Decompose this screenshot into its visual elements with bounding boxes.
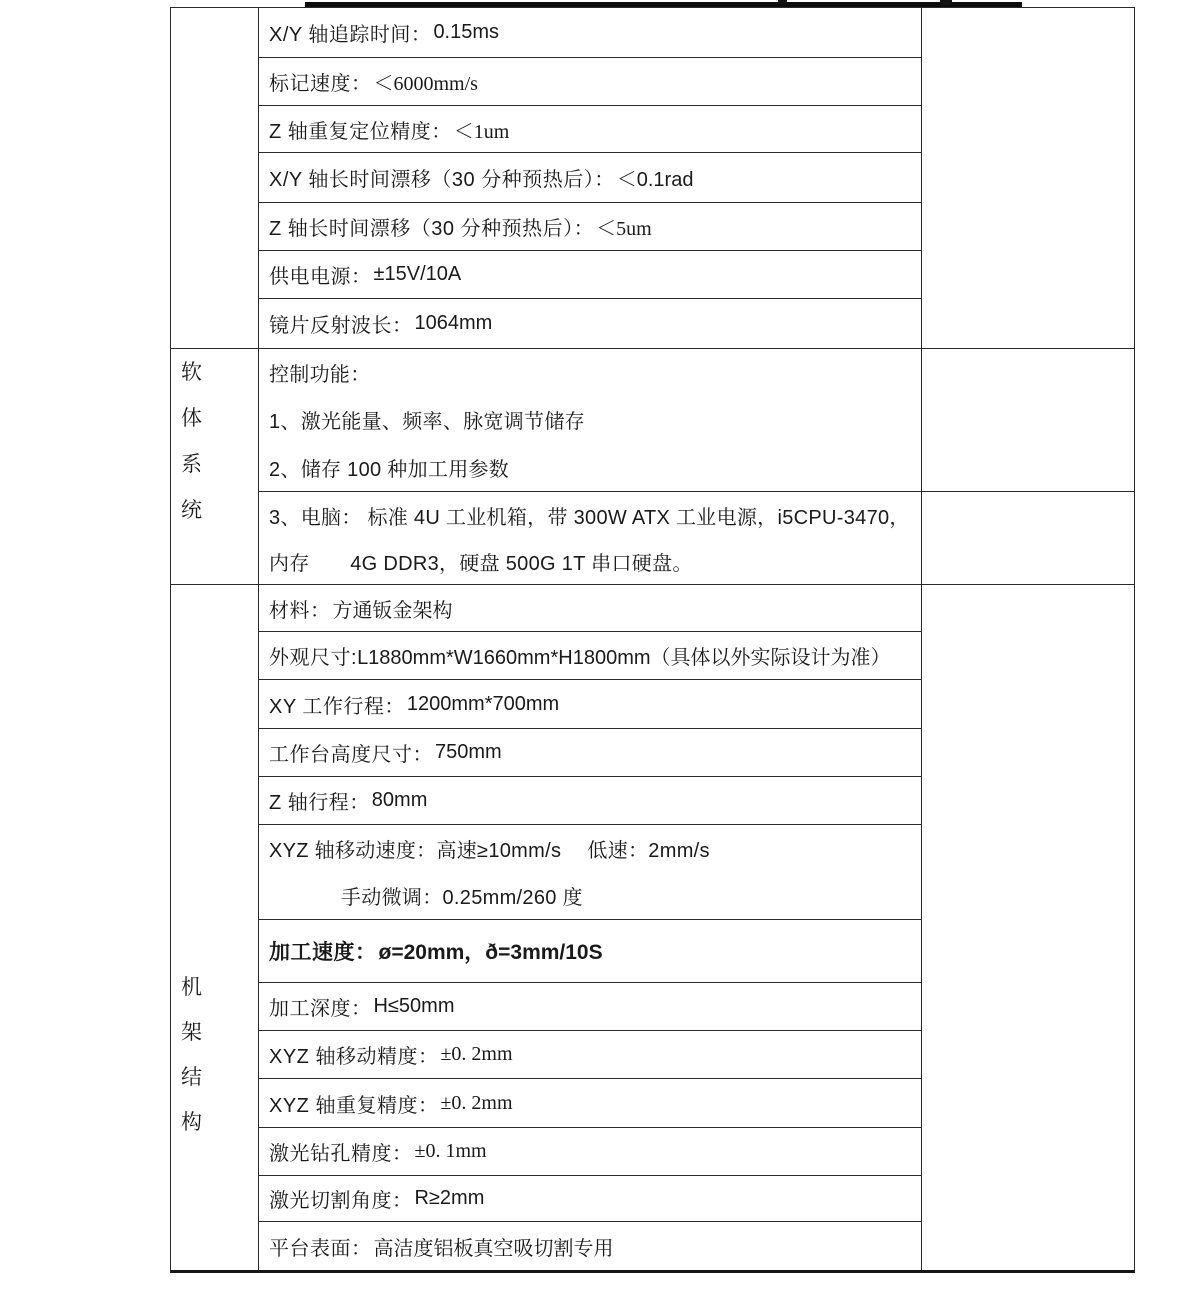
table-row: 工作台高度尺寸： 750mm: [259, 729, 921, 777]
table-row: XY 工作行程： 1200mm*700mm: [259, 680, 921, 729]
table-row: Z 轴长时间漂移（30 分种预热后）： ＜5um: [259, 203, 921, 251]
table-row: 材料： 方通钣金架构: [259, 585, 921, 632]
spec-value: H≤50mm: [374, 995, 455, 1018]
spec-value: 方通钣金架构: [333, 594, 453, 623]
spec-label: Z 轴行程：: [269, 786, 370, 815]
label-char: 软: [181, 350, 258, 396]
section-optics-specs: X/Y 轴追踪时间： 0.15ms 标记速度： ＜6000mm/s Z 轴重复定…: [171, 8, 1134, 348]
spec-label: 加工速度：: [269, 936, 377, 966]
table-row: X/Y 轴追踪时间： 0.15ms: [259, 8, 921, 58]
spec-value: 80mm: [372, 789, 428, 812]
notes-cell-empty: [922, 349, 1134, 492]
notes-cell-empty: [922, 585, 1134, 1270]
section-label-software: 软 体 系 统: [171, 349, 259, 584]
section-frame-structure: 机 架 结 构 材料： 方通钣金架构 外观尺寸: L1880mm*W1660mm…: [171, 584, 1134, 1270]
notes-cell-empty: [922, 492, 1134, 584]
spec-label: 平台表面：: [269, 1232, 372, 1261]
section-label-cell-empty: [171, 8, 259, 348]
spec-value: ø=20mm，ð=3mm/10S: [379, 936, 603, 966]
spec-value: 750mm: [435, 741, 502, 764]
cell-line: 控制功能：: [259, 358, 921, 387]
table-row: X/Y 轴长时间漂移（30 分种预热后）： ＜0.1rad: [259, 153, 921, 203]
spec-label: XYZ 轴移动精度：: [269, 1040, 438, 1069]
spec-label: Z 轴长时间漂移（30 分种预热后）：: [269, 212, 594, 241]
spec-label: 材料：: [269, 594, 331, 623]
cell-line: 1、激光能量、频率、脉宽调节储存: [259, 405, 921, 434]
cropped-text-fragment: [778, 0, 787, 4]
label-char: 结: [181, 1055, 258, 1100]
spec-value: 1200mm*700mm: [407, 693, 559, 716]
table-row: 供电电源： ±15V/10A: [259, 251, 921, 299]
section-software-system: 软 体 系 统 控制功能： 1、激光能量、频率、脉宽调节储存 2、储存 100 …: [171, 348, 1134, 584]
cropped-text-fragment: [940, 0, 952, 5]
specification-table: X/Y 轴追踪时间： 0.15ms 标记速度： ＜6000mm/s Z 轴重复定…: [170, 7, 1135, 1273]
cell-line: 手动微调：0.25mm/260 度: [259, 881, 921, 910]
table-row: 激光钻孔精度： ±0. 1mm: [259, 1128, 921, 1176]
spec-label: 外观尺寸:: [269, 641, 357, 670]
spec-value: ±0. 2mm: [440, 1092, 512, 1115]
spec-label: X/Y 轴长时间漂移（30 分种预热后）：: [269, 163, 615, 192]
spec-label: XY 工作行程：: [269, 690, 405, 719]
spec-value: 高洁度铝板真空吸切割专用: [374, 1232, 614, 1261]
label-char: 统: [181, 488, 258, 534]
table-row: XYZ 轴移动精度： ±0. 2mm: [259, 1031, 921, 1079]
table-row: Z 轴重复定位精度： ＜1um: [259, 106, 921, 153]
spec-label: 激光钻孔精度：: [269, 1137, 413, 1166]
cell-line: XYZ 轴移动速度：高速≥10mm/s 低速：2mm/s: [259, 834, 921, 863]
spec-label: Z 轴重复定位精度：: [269, 115, 452, 144]
table-row: Z 轴行程： 80mm: [259, 777, 921, 825]
spec-label: 供电电源：: [269, 260, 372, 289]
table-row: 标记速度： ＜6000mm/s: [259, 58, 921, 106]
section-label-frame: 机 架 结 构: [171, 585, 259, 1270]
table-row: 激光切割角度： R≥2mm: [259, 1176, 921, 1222]
cell-line: 3、电脑： 标准 4U 工业机箱，带 300W ATX 工业电源，i5CPU-3…: [259, 501, 921, 530]
spec-value: 0.15ms: [433, 21, 499, 44]
table-row: XYZ 轴重复精度： ±0. 2mm: [259, 1079, 921, 1128]
spec-label: XYZ 轴重复精度：: [269, 1089, 438, 1118]
spec-rows: 材料： 方通钣金架构 外观尺寸: L1880mm*W1660mm*H1800mm…: [259, 585, 922, 1270]
spec-value: ＜0.1rad: [617, 163, 694, 192]
label-char: 体: [181, 396, 258, 442]
label-char: 架: [181, 1010, 258, 1055]
table-row: 外观尺寸: L1880mm*W1660mm*H1800mm（具体以外实际设计为准…: [259, 632, 921, 680]
notes-cells: [922, 349, 1134, 584]
spec-label: 工作台高度尺寸：: [269, 738, 433, 767]
xyz-speed-cell: XYZ 轴移动速度：高速≥10mm/s 低速：2mm/s 手动微调：0.25mm…: [259, 825, 921, 920]
label-char: 机: [181, 965, 258, 1010]
cell-line: 内存 4G DDR3，硬盘 500G 1T 串口硬盘。: [259, 547, 921, 576]
computer-spec-cell: 3、电脑： 标准 4U 工业机箱，带 300W ATX 工业电源，i5CPU-3…: [259, 492, 921, 584]
spec-value: ±15V/10A: [374, 263, 462, 286]
cell-line: 2、储存 100 种加工用参数: [259, 453, 921, 482]
document-page: X/Y 轴追踪时间： 0.15ms 标记速度： ＜6000mm/s Z 轴重复定…: [0, 0, 1200, 1291]
vertical-label: 软 体 系 统: [171, 349, 258, 534]
spec-value: ＜1um: [454, 115, 510, 144]
spec-value: ＜5um: [596, 212, 652, 241]
spec-label: 激光切割角度：: [269, 1184, 413, 1213]
spec-value: 1064mm: [415, 312, 493, 335]
label-char: 构: [181, 1100, 258, 1145]
table-row: 镜片反射波长： 1064mm: [259, 299, 921, 348]
spec-label: X/Y 轴追踪时间：: [269, 18, 431, 47]
control-functions-cell: 控制功能： 1、激光能量、频率、脉宽调节储存 2、储存 100 种加工用参数: [259, 349, 921, 492]
spec-label: 镜片反射波长：: [269, 309, 413, 338]
label-char: 系: [181, 442, 258, 488]
spec-value: ±0. 2mm: [440, 1043, 512, 1066]
vertical-label: 机 架 结 构: [171, 585, 258, 1145]
spec-value: ±0. 1mm: [415, 1140, 487, 1163]
spec-label: 标记速度：: [269, 67, 372, 96]
spec-value: ＜6000mm/s: [374, 67, 478, 96]
table-row: 加工深度： H≤50mm: [259, 983, 921, 1031]
notes-cell-empty: [922, 8, 1134, 348]
spec-value: R≥2mm: [415, 1187, 485, 1210]
spec-rows: X/Y 轴追踪时间： 0.15ms 标记速度： ＜6000mm/s Z 轴重复定…: [259, 8, 922, 348]
spec-value: L1880mm*W1660mm*H1800mm（具体以外实际设计为准）: [357, 641, 890, 670]
table-row: 加工速度： ø=20mm，ð=3mm/10S: [259, 920, 921, 983]
spec-rows: 控制功能： 1、激光能量、频率、脉宽调节储存 2、储存 100 种加工用参数 3…: [259, 349, 922, 584]
table-row: 平台表面： 高洁度铝板真空吸切割专用: [259, 1222, 921, 1270]
spec-label: 加工深度：: [269, 992, 372, 1021]
